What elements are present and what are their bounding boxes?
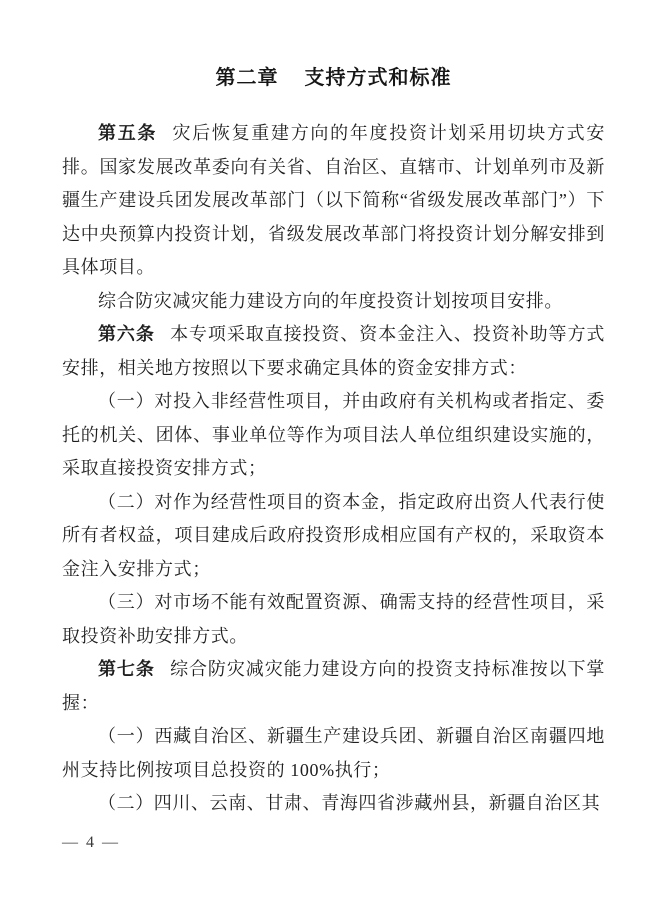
chapter-title: 支持方式和标准 bbox=[305, 67, 452, 89]
document-body: 第五条灾后恢复重建方向的年度投资计划采用切块方式安排。国家发展改革委向有关省、自… bbox=[62, 117, 605, 821]
document-page: 第二章支持方式和标准 第五条灾后恢复重建方向的年度投资计划采用切块方式安排。国家… bbox=[0, 0, 669, 897]
paragraph-article-6-item-1: （一）对投入非经营性项目，并由政府有关机构或者指定、委托的机关、团体、事业单位等… bbox=[62, 385, 605, 486]
article-6-number: 第六条 bbox=[98, 324, 155, 344]
item-3-text: （三）对市场不能有效配置资源、确需支持的经营性项目，采取投资补助安排方式。 bbox=[62, 592, 605, 646]
article-7-number: 第七条 bbox=[98, 659, 155, 679]
paragraph-article-7: 第七条综合防灾减灾能力建设方向的投资支持标准按以下掌握： bbox=[62, 653, 605, 720]
item-1-text: （一）对投入非经营性项目，并由政府有关机构或者指定、委托的机关、团体、事业单位等… bbox=[62, 391, 605, 478]
paragraph-article-7-item-1: （一）西藏自治区、新疆生产建设兵团、新疆自治区南疆四地州支持比例按项目总投资的 … bbox=[62, 720, 605, 787]
article-5-number: 第五条 bbox=[98, 123, 157, 143]
item-2-text: （二）对作为经营性项目的资本金，指定政府出资人代表行使所有者权益，项目建成后政府… bbox=[62, 492, 605, 579]
paragraph-article-6-item-3: （三）对市场不能有效配置资源、确需支持的经营性项目，采取投资补助安排方式。 bbox=[62, 586, 605, 653]
page-number: — 4 — bbox=[62, 834, 605, 852]
chapter-heading: 第二章支持方式和标准 bbox=[62, 66, 605, 90]
paragraph-article-5: 第五条灾后恢复重建方向的年度投资计划采用切块方式安排。国家发展改革委向有关省、自… bbox=[62, 117, 605, 285]
item-2-text-truncated: （二）四川、云南、甘肃、青海四省涉藏州县，新疆自治区其 bbox=[98, 793, 600, 813]
paragraph-article-6: 第六条本专项采取直接投资、资本金注入、投资补助等方式安排，相关地方按照以下要求确… bbox=[62, 318, 605, 385]
chapter-number: 第二章 bbox=[216, 67, 279, 89]
item-1-text: （一）西藏自治区、新疆生产建设兵团、新疆自治区南疆四地州支持比例按项目总投资的 … bbox=[62, 726, 605, 780]
article-5-text: 灾后恢复重建方向的年度投资计划采用切块方式安排。国家发展改革委向有关省、自治区、… bbox=[62, 123, 605, 277]
paragraph-project-arrangement: 综合防灾减灾能力建设方向的年度投资计划按项目安排。 bbox=[62, 285, 605, 319]
paragraph-text: 综合防灾减灾能力建设方向的年度投资计划按项目安排。 bbox=[98, 291, 563, 311]
paragraph-article-6-item-2: （二）对作为经营性项目的资本金，指定政府出资人代表行使所有者权益，项目建成后政府… bbox=[62, 486, 605, 587]
paragraph-article-7-item-2: （二）四川、云南、甘肃、青海四省涉藏州县，新疆自治区其 bbox=[62, 787, 605, 821]
